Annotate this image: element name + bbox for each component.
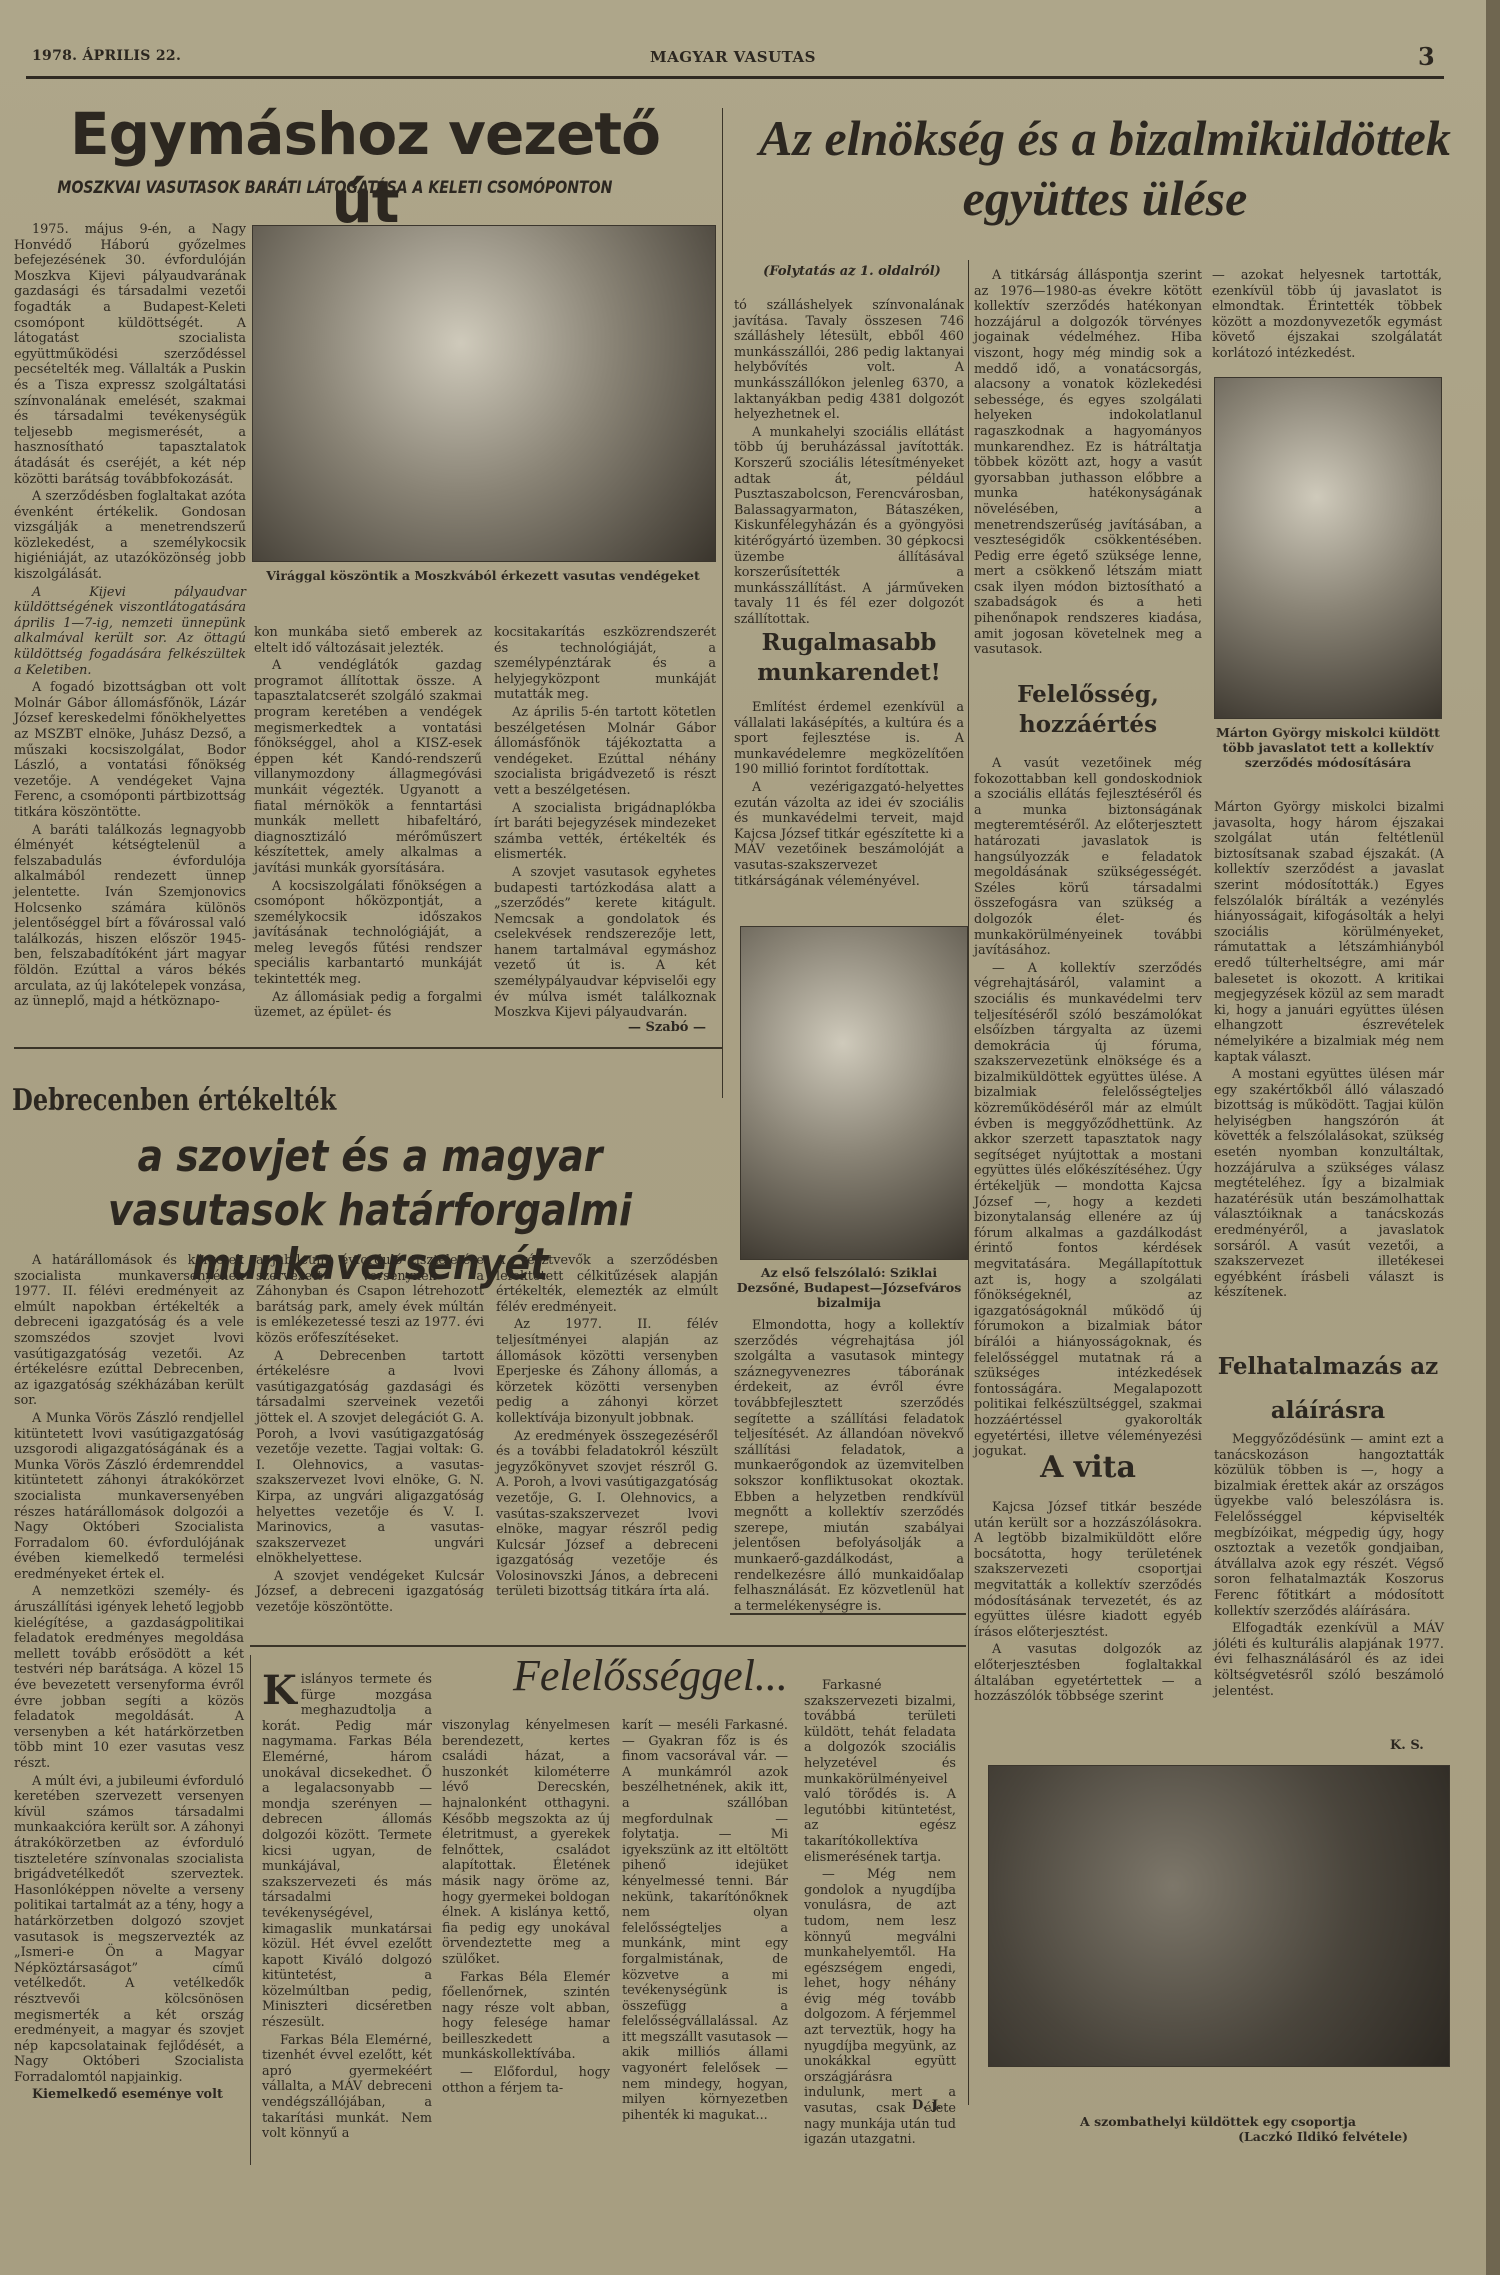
photo-caption: Az első felszólaló: Sziklai Dezsőné, Bud… xyxy=(734,1265,964,1310)
subhead-rugalmasabb: Rugalmasabb munkarendet! xyxy=(734,628,964,688)
section-divider xyxy=(730,1613,966,1615)
paragraph: Az 1977. II. félév teljesítményei alapjá… xyxy=(496,1317,718,1426)
paragraph: Az eredmények összegezéséről és a tovább… xyxy=(496,1429,718,1601)
paragraph-text: islányos termete és fürge mozgása meghaz… xyxy=(262,1672,432,2030)
newspaper-page: 1978. ÁPRILIS 22. MAGYAR VASUTAS 3 Egymá… xyxy=(0,0,1486,2275)
article1-col3: kocsitakarítás eszközrendszerét és techn… xyxy=(494,625,716,1023)
paragraph: A munkahelyi szociális ellátást több új … xyxy=(734,425,964,628)
article2-col3: — azokat helyesnek tartották, ezenkívül … xyxy=(1212,268,1442,364)
paragraph: Farkas Béla Elemérné, tizenhét évvel eze… xyxy=(262,2033,432,2142)
paragraph: A Munka Vörös Zászló rendjellel kitüntet… xyxy=(14,1411,244,1583)
article2-col2: A titkárság álláspontja szerint az 1976—… xyxy=(974,268,1202,660)
article1-byline: — Szabó — xyxy=(628,1020,706,1035)
paragraph: — A kollektív szerződés végrehajtásáról,… xyxy=(974,961,1202,1460)
article4-col1: Kislányos termete és fürge mozgása megha… xyxy=(262,1672,432,2144)
article3-col1: A határállomások és körzetek szocialista… xyxy=(14,1253,244,2105)
paragraph: 1975. május 9-én, a Nagy Honvédő Háború … xyxy=(14,222,246,487)
paragraph: A titkárság álláspontja szerint az 1976—… xyxy=(974,268,1202,658)
paragraph: A résztvevők a szerződésben lefektetett … xyxy=(496,1253,718,1315)
paragraph: Farkasné szakszervezeti bizalmi, továbbá… xyxy=(804,1678,956,1865)
subhead-felelosseg: Felelősség, hozzáértés xyxy=(974,680,1202,740)
article2-col1: tó szálláshelyek színvonalának javítása.… xyxy=(734,298,964,629)
paragraph: a jubileumi évforduló tiszteletére szerv… xyxy=(256,1253,484,1347)
paragraph: A mostani együttes ülésen már egy szakér… xyxy=(1214,1067,1444,1301)
article3-kicker: Debrecenben értékelték xyxy=(12,1083,336,1118)
paragraph: A szerződésben foglaltakat azóta évenkén… xyxy=(14,489,246,583)
subhead-felhatalmazas: Felhatalmazás az aláírásra xyxy=(1212,1345,1444,1433)
section-divider xyxy=(250,1645,966,1647)
paragraph: kon munkába siető emberek az eltelt idő … xyxy=(254,625,482,656)
article2-col1b: Említést érdemel ezenkívül a vállalati l… xyxy=(734,700,964,891)
article2-col2b: A vasút vezetőinek még fokozottabban kel… xyxy=(974,756,1202,1462)
article1-headline: Egymáshoz vezető út xyxy=(40,100,690,236)
article1-subheadline: MOSZKVAI VASUTASOK BARÁTI LÁTOGATÁSA A K… xyxy=(6,178,664,198)
photo-first-speaker xyxy=(740,926,968,1260)
paragraph: A szocialista brigádnaplókba írt baráti … xyxy=(494,801,716,863)
photo-caption: Virággal köszöntik a Moszkvából érkezett… xyxy=(252,568,714,583)
paragraph: A múlt évi, a jubileumi évforduló kereté… xyxy=(14,1774,244,2086)
article3-col2: a jubileumi évforduló tiszteletére szerv… xyxy=(256,1253,484,1618)
issue-date: 1978. ÁPRILIS 22. xyxy=(32,48,181,64)
column-divider xyxy=(722,108,723,1098)
column-divider xyxy=(968,1645,969,2105)
article2-byline: K. S. xyxy=(1390,1738,1424,1753)
paragraph: Az állomásiak pedig a forgalmi üzemet, a… xyxy=(254,990,482,1021)
headline-line: Az elnökség és a bizalmiküldöttek xyxy=(740,108,1470,168)
paragraph: A nemzetközi személy- és áruszállítási i… xyxy=(14,1584,244,1771)
caption-credit: (Laczkó Ildikó felvétele) xyxy=(988,2129,1448,2144)
paragraph: A vendéglátók gazdag programot állította… xyxy=(254,658,482,876)
photo-marton-gyorgy xyxy=(1214,377,1442,719)
article2-col3b: Márton György miskolci bizalmi javasolta… xyxy=(1214,800,1444,1303)
continuation-note: (Folytatás az 1. oldalról) xyxy=(738,264,966,279)
paragraph: Elmondotta, hogy a kollektív szerződés v… xyxy=(734,1318,964,1614)
paragraph: A vezérigazgató-helyettes ezután vázolta… xyxy=(734,780,964,889)
paragraph: A szovjet vasutasok egyhetes budapesti t… xyxy=(494,865,716,1021)
binding-edge xyxy=(1486,0,1500,2275)
caption-line: A szombathelyi küldöttek egy csoportja xyxy=(988,2114,1448,2129)
paragraph: A határállomások és körzetek szocialista… xyxy=(14,1253,244,1409)
paragraph: A vasút vezetőinek még fokozottabban kel… xyxy=(974,756,1202,959)
paragraph: Kiemelkedő eseménye volt xyxy=(14,2087,244,2103)
article4-byline: D. J. xyxy=(912,2098,942,2113)
subhead-vita: A vita xyxy=(974,1450,1202,1485)
section-divider xyxy=(14,1047,722,1049)
paragraph: Az április 5-én tartott kötetlen beszélg… xyxy=(494,705,716,799)
article2-col1c: Elmondotta, hogy a kollektív szerződés v… xyxy=(734,1318,964,1616)
paragraph: — azokat helyesnek tartották, ezenkívül … xyxy=(1212,268,1442,362)
masthead-rule xyxy=(26,76,1444,79)
article4-col4: Farkasné szakszervezeti bizalmi, továbbá… xyxy=(804,1678,956,2150)
headline-line: együttes ülése xyxy=(740,168,1470,228)
article4-headline: Felelősséggel... xyxy=(513,1650,788,1701)
article4-col3: karít — meséli Farkasné. — Gyakran főz i… xyxy=(622,1718,788,2125)
article4-col2: viszonylag kényelmesen berendezett, kert… xyxy=(442,1718,610,2098)
column-divider xyxy=(968,260,969,1650)
paragraph: A szovjet vendégeket Kulcsár József, a d… xyxy=(256,1569,484,1616)
paragraph: A Kijevi pályaudvar küldöttségének viszo… xyxy=(14,585,246,679)
article3-col3: A résztvevők a szerződésben lefektetett … xyxy=(496,1253,718,1602)
paragraph: Említést érdemel ezenkívül a vállalati l… xyxy=(734,700,964,778)
page-number: 3 xyxy=(1418,42,1435,71)
paragraph: A vasutas dolgozók az előterjesztésben f… xyxy=(974,1642,1202,1704)
paragraph: tó szálláshelyek színvonalának javítása.… xyxy=(734,298,964,423)
paragraph: viszonylag kényelmesen berendezett, kert… xyxy=(442,1718,610,1968)
paragraph: Kislányos termete és fürge mozgása megha… xyxy=(262,1672,432,2031)
paragraph: A baráti találkozás legnagyobb élményét … xyxy=(14,823,246,1010)
article2-headline: Az elnökség és a bizalmiküldöttek együtt… xyxy=(740,108,1470,228)
paragraph: Farkas Béla Elemér főellenőrnek, szintén… xyxy=(442,1970,610,2064)
paper-title: MAGYAR VASUTAS xyxy=(650,48,816,66)
drop-cap: K xyxy=(262,1674,297,1708)
paragraph: — Előfordul, hogy otthon a férjem ta- xyxy=(442,2065,610,2096)
article1-col2: kon munkába siető emberek az eltelt idő … xyxy=(254,625,482,1023)
paragraph: Elfogadták ezenkívül a MÁV jóléti és kul… xyxy=(1214,1621,1444,1699)
article2-col3c: Meggyőződésünk — amint ezt a tanácskozás… xyxy=(1214,1432,1444,1701)
article2-col2c: Kajcsa József titkár beszéde után került… xyxy=(974,1500,1202,1707)
paragraph: Márton György miskolci bizalmi javasolta… xyxy=(1214,800,1444,1065)
photo-szombathely-delegates xyxy=(988,1765,1450,2067)
paragraph: karít — meséli Farkasné. — Gyakran főz i… xyxy=(622,1718,788,2123)
paragraph: Meggyőződésünk — amint ezt a tanácskozás… xyxy=(1214,1432,1444,1619)
paragraph: A kocsiszolgálati főnökségen a csomópont… xyxy=(254,879,482,988)
paragraph: Kajcsa József titkár beszéde után került… xyxy=(974,1500,1202,1640)
photo-welcome-flowers xyxy=(252,225,716,562)
column-divider xyxy=(250,1655,251,2165)
article1-col1: 1975. május 9-én, a Nagy Honvédő Háború … xyxy=(14,222,246,1012)
paragraph: A Debrecenben tartott értékelésre a lvov… xyxy=(256,1349,484,1567)
paragraph: A fogadó bizottságban ott volt Molnár Gá… xyxy=(14,680,246,820)
photo-caption: A szombathelyi küldöttek egy csoportja (… xyxy=(988,2114,1448,2144)
photo-caption: Márton György miskolci küldött több java… xyxy=(1212,725,1444,770)
paragraph: kocsitakarítás eszközrendszerét és techn… xyxy=(494,625,716,703)
